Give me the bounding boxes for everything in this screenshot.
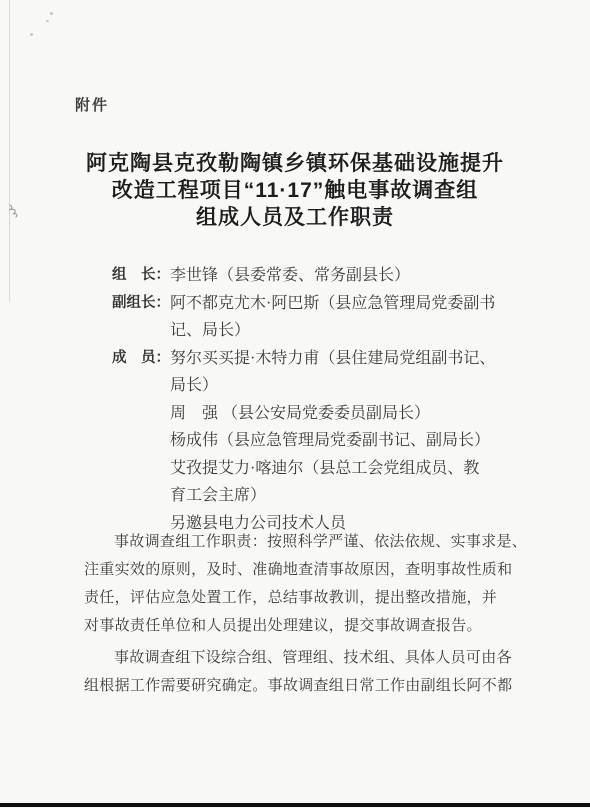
document-title-line-2: 改造工程项目“11·17”触电事故调查组	[0, 177, 590, 204]
paragraph-line: 事故调查组下设综合组、管理组、技术组、具体人员可由各	[84, 644, 508, 672]
paragraph-line: 责任，评估应急处置工作，总结事故教训，提出整改措施，并	[84, 584, 508, 612]
roster-entry: 李世锋（县委常委、常务副县长）	[170, 262, 512, 290]
roster-line: 育工会主席）	[170, 482, 512, 510]
paragraph-line: 组根据工作需要研究确定。事故调查组日常工作由副组长阿不都	[84, 672, 508, 700]
document-body: 事故调查组工作职责：按照科学严谨、依法依规、实事求是、 注重实效的原则，及时、准…	[84, 528, 508, 704]
roster-line: 努尔买买提·木特力甫（县住建局党组副书记、	[170, 345, 512, 373]
document-title-line-3: 组成人员及工作职责	[0, 204, 590, 231]
roster-line: 阿不都克尤木·阿巴斯（县应急管理局党委副书	[170, 290, 512, 318]
roster-role-label: 成 员：	[112, 345, 170, 373]
paragraph-line: 对事故责任单位和人员提出处理建议，提交事故调查报告。	[84, 612, 508, 640]
roster-line: 李世锋（县委常委、常务副县长）	[170, 262, 512, 290]
roster-row-leader: 组 长： 李世锋（县委常委、常务副县长）	[112, 262, 512, 290]
scanned-document-page: 附件 阿克陶县克孜勒陶镇乡镇环保基础设施提升 改造工程项目“11·17”触电事故…	[0, 0, 590, 808]
roster-line: 杨成伟（县应急管理局党委副书记、副局长）	[170, 427, 512, 455]
roster-row-deputy-leader: 副组长： 阿不都克尤木·阿巴斯（县应急管理局党委副书 记、局长）	[112, 290, 512, 345]
scan-speck	[30, 33, 33, 36]
document-title-line-1: 阿克陶县克孜勒陶镇乡镇环保基础设施提升	[0, 150, 590, 177]
investigation-team-roster: 组 长： 李世锋（县委常委、常务副县长） 副组长： 阿不都克尤木·阿巴斯（县应急…	[112, 262, 512, 537]
roster-role-label: 组 长：	[112, 262, 170, 290]
roster-line: 局长）	[170, 372, 512, 400]
paragraph-subgroups: 事故调查组下设综合组、管理组、技术组、具体人员可由各 组根据工作需要研究确定。事…	[84, 644, 508, 700]
roster-entry: 努尔买买提·木特力甫（县住建局党组副书记、 局长） 周 强 （县公安局党委委员副…	[170, 345, 512, 538]
scan-speck	[46, 20, 49, 22]
roster-entry: 阿不都克尤木·阿巴斯（县应急管理局党委副书 记、局长）	[170, 290, 512, 345]
roster-line: 艾孜提艾力·喀迪尔（县总工会党组成员、教	[170, 455, 512, 483]
scan-speck	[50, 12, 53, 15]
document-title: 阿克陶县克孜勒陶镇乡镇环保基础设施提升 改造工程项目“11·17”触电事故调查组…	[0, 150, 590, 231]
roster-line: 记、局长）	[170, 317, 512, 345]
scanner-bottom-bar	[0, 803, 590, 807]
paragraph-line: 注重实效的原则，及时、准确地查清事故原因，查明事故性质和	[84, 556, 508, 584]
roster-role-label: 副组长：	[112, 290, 170, 318]
roster-row-members: 成 员： 努尔买买提·木特力甫（县住建局党组副书记、 局长） 周 强 （县公安局…	[112, 345, 512, 538]
paragraph-duties: 事故调查组工作职责：按照科学严谨、依法依规、实事求是、 注重实效的原则，及时、准…	[84, 528, 508, 640]
roster-line: 周 强 （县公安局党委委员副局长）	[170, 400, 512, 428]
paragraph-line: 事故调查组工作职责：按照科学严谨、依法依规、实事求是、	[84, 528, 508, 556]
attachment-label: 附件	[75, 94, 109, 115]
